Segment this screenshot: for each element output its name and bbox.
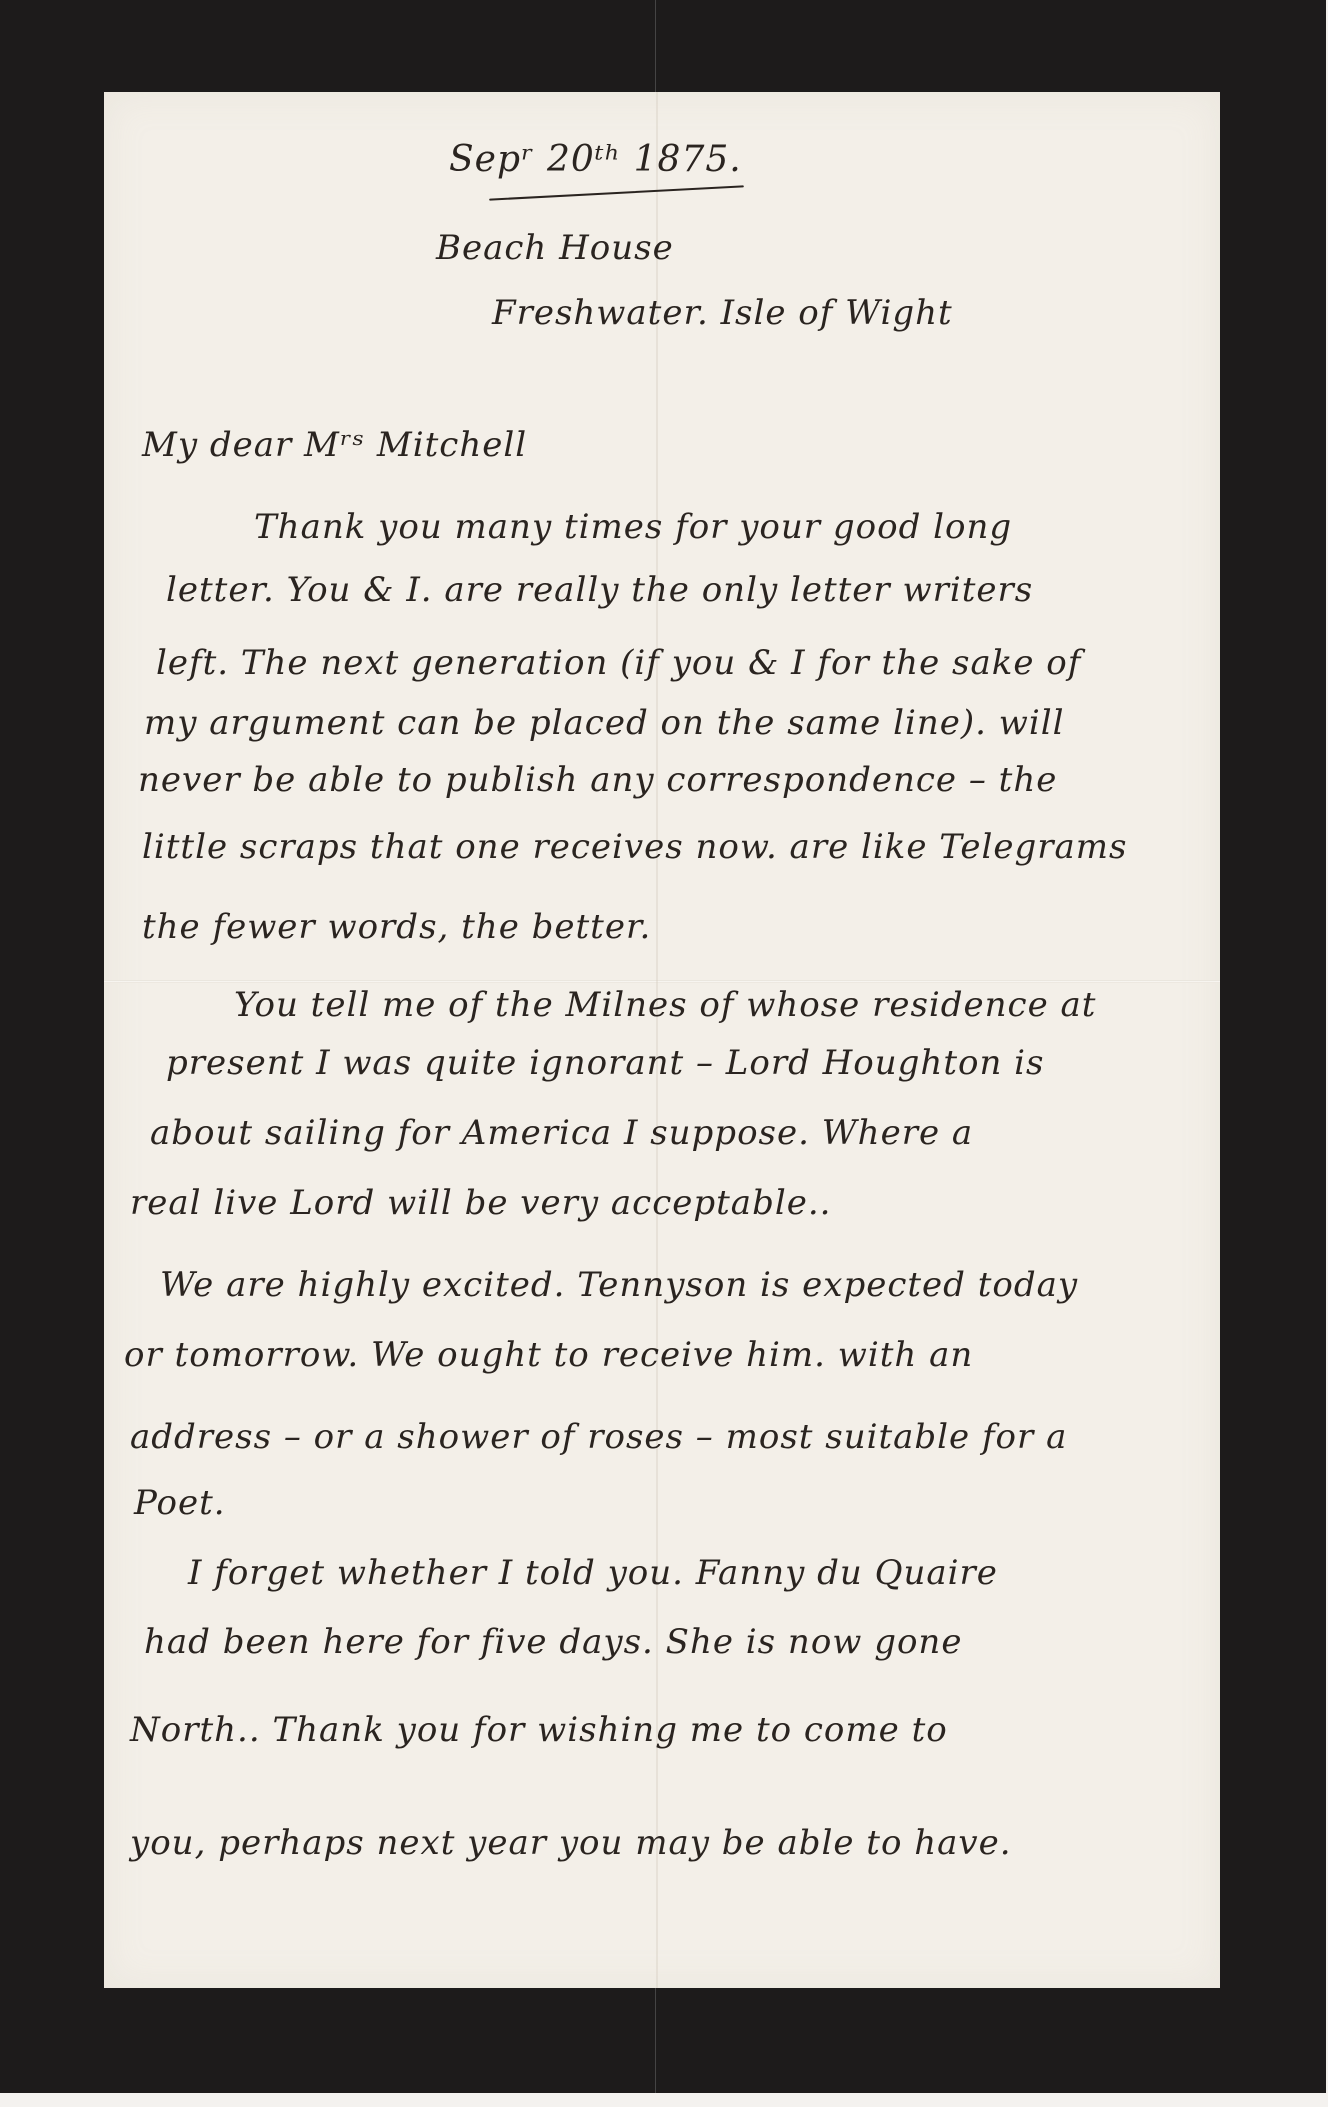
body-line: the fewer words, the better. — [142, 907, 651, 947]
salutation: My dear Mʳˢ Mitchell — [142, 425, 527, 465]
body-line: little scraps that one receives now. are… — [142, 827, 1127, 867]
body-line: You tell me of the Milnes of whose resid… — [234, 985, 1096, 1025]
body-line: We are highly excited. Tennyson is expec… — [160, 1265, 1078, 1305]
vertical-fold — [656, 92, 658, 1988]
black-mount-card: Sepʳ 20ᵗʰ 1875. Beach House Freshwater. … — [0, 0, 1326, 2093]
body-line: or tomorrow. We ought to receive him. wi… — [124, 1335, 973, 1375]
body-line: present I was quite ignorant – Lord Houg… — [166, 1043, 1045, 1083]
body-line: left. The next generation (if you & I fo… — [156, 643, 1081, 683]
body-line: I forget whether I told you. Fanny du Qu… — [188, 1553, 998, 1593]
horizontal-fold — [104, 980, 1220, 983]
card-crease-bottom — [655, 1988, 656, 2093]
body-line: had been here for five days. She is now … — [144, 1622, 962, 1662]
body-line: Poet. — [134, 1483, 226, 1523]
body-line: Thank you many times for your good long — [254, 507, 1012, 547]
date-underline — [489, 185, 744, 200]
address-line-2: Freshwater. Isle of Wight — [492, 293, 953, 333]
body-line: real live Lord will be very acceptable.. — [130, 1183, 831, 1223]
body-line: you, perhaps next year you may be able t… — [130, 1823, 1012, 1863]
body-line: address – or a shower of roses – most su… — [130, 1417, 1067, 1457]
body-line: North.. Thank you for wishing me to come… — [130, 1710, 948, 1750]
card-crease-top — [655, 0, 656, 92]
body-line: letter. You & I. are really the only let… — [166, 570, 1033, 610]
body-line: never be able to publish any corresponde… — [138, 760, 1057, 800]
body-line: about sailing for America I suppose. Whe… — [150, 1113, 973, 1153]
body-line: my argument can be placed on the same li… — [144, 703, 1064, 743]
letter-page: Sepʳ 20ᵗʰ 1875. Beach House Freshwater. … — [104, 92, 1220, 1988]
letter-date: Sepʳ 20ᵗʰ 1875. — [449, 140, 742, 180]
address-line-1: Beach House — [436, 228, 674, 268]
